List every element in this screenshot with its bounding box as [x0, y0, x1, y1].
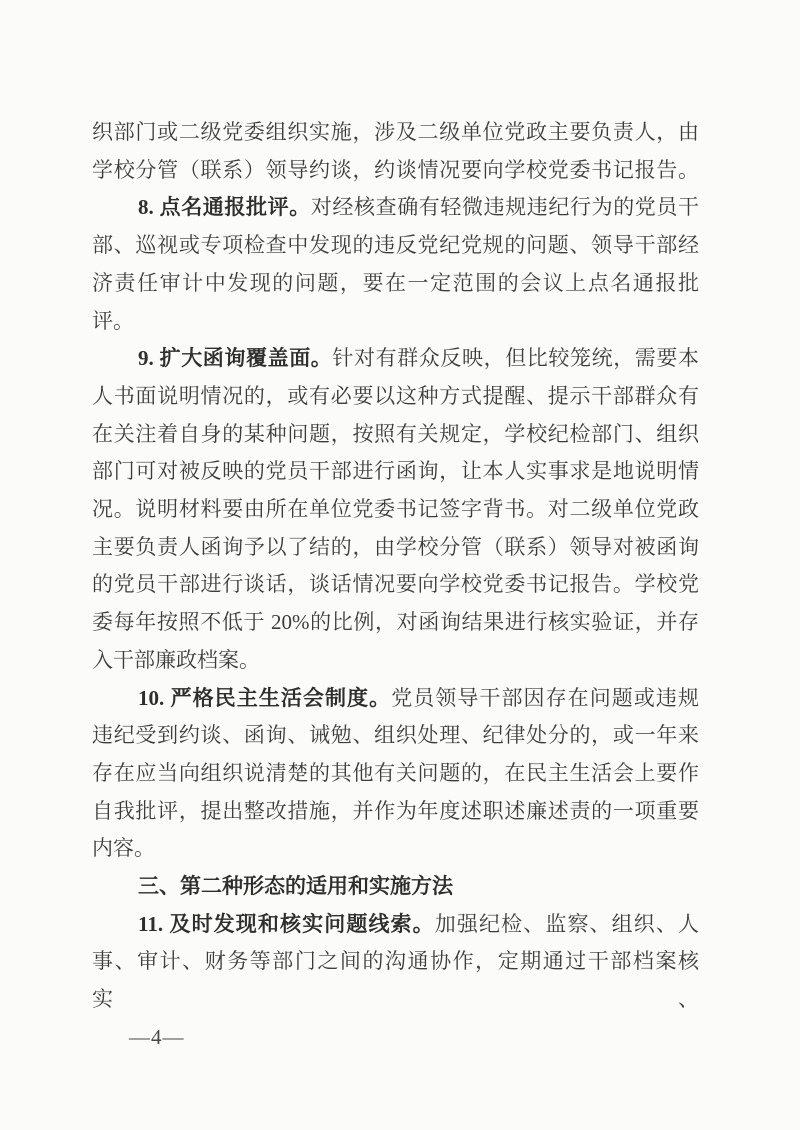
section-heading-text: 三、第二种形态的适用和实施方法 [138, 874, 453, 898]
text-line: 况。说明材料要由所在单位党委书记签字背书。对二级单位党政 [92, 491, 699, 529]
text-line: 10. 严格民主生活会制度。党员领导干部因存在问题或违规 [92, 680, 699, 718]
text-line: 主要负责人函询予以了结的，由学校分管（联系）领导对被函询 [92, 529, 699, 567]
paragraph-item-11: 11. 及时发现和核实问题线索。加强纪检、监察、组织、人事、审计、财务等部门之间… [92, 906, 699, 1019]
text-line: 学校分管（联系）领导约谈，约谈情况要向学校党委书记报告。 [92, 152, 699, 190]
text-line: 在关注着自身的某种问题，按照有关规定，学校纪检部门、组织 [92, 416, 699, 454]
text-line: 8. 点名通报批评。对经核查确有轻微违规违纪行为的党员干 [92, 189, 699, 227]
text-line: 内容。 [92, 830, 699, 868]
paragraph-item-10: 10. 严格民主生活会制度。党员领导干部因存在问题或违规违纪受到约谈、函询、诫勉… [92, 680, 699, 869]
text-line: 违纪受到约谈、函询、诫勉、组织处理、纪律处分的，或一年来 [92, 717, 699, 755]
paragraph-lead-bold: 10. 严格民主生活会制度。 [138, 686, 391, 710]
paragraph-item-9: 9. 扩大函询覆盖面。针对有群众反映，但比较笼统，需要本人书面说明情况的，或有必… [92, 340, 699, 679]
text-line: 的党员干部进行谈话，谈话情况要向学校党委书记报告。学校党 [92, 566, 699, 604]
text-line: 部、巡视或专项检查中发现的违反党纪党规的问题、领导干部经 [92, 227, 699, 265]
text-line: 人书面说明情况的，或有必要以这种方式提醒、提示干部群众有 [92, 378, 699, 416]
paragraph-item-8: 8. 点名通报批评。对经核查确有轻微违规违纪行为的党员干部、巡视或专项检查中发现… [92, 189, 699, 340]
text-line: 9. 扩大函询覆盖面。针对有群众反映，但比较笼统，需要本 [92, 340, 699, 378]
paragraph-7-continuation: 织部门或二级党委组织实施，涉及二级单位党政主要负责人，由学校分管（联系）领导约谈… [92, 114, 699, 189]
text-line: 入干部廉政档案。 [92, 642, 699, 680]
text-line: 自我批评，提出整改措施，并作为年度述职述廉述责的一项重要 [92, 793, 699, 831]
document-page: 织部门或二级党委组织实施，涉及二级单位党政主要负责人，由学校分管（联系）领导约谈… [0, 0, 800, 1130]
text-line: 评。 [92, 303, 699, 341]
text-line: 三、第二种形态的适用和实施方法 [92, 868, 699, 906]
document-body: 织部门或二级党委组织实施，涉及二级单位党政主要负责人，由学校分管（联系）领导约谈… [92, 114, 699, 1019]
page-number: —4— [129, 1022, 185, 1052]
section-heading-3: 三、第二种形态的适用和实施方法 [92, 868, 699, 906]
text-line: 事、审计、财务等部门之间的沟通协作，定期通过干部档案核实、 [92, 943, 699, 1018]
text-line: 部门可对被反映的党员干部进行函询，让本人实事求是地说明情 [92, 453, 699, 491]
paragraph-lead-bold: 11. 及时发现和核实问题线索。 [138, 912, 435, 936]
paragraph-lead-bold: 8. 点名通报批评。 [138, 195, 311, 219]
text-line: 存在应当向组织说清楚的其他有关问题的，在民主生活会上要作 [92, 755, 699, 793]
text-line: 11. 及时发现和核实问题线索。加强纪检、监察、组织、人 [92, 906, 699, 944]
text-line: 织部门或二级党委组织实施，涉及二级单位党政主要负责人，由 [92, 114, 699, 152]
paragraph-lead-bold: 9. 扩大函询覆盖面。 [138, 346, 332, 370]
text-line: 委每年按照不低于 20%的比例，对函询结果进行核实验证，并存 [92, 604, 699, 642]
text-line: 济责任审计中发现的问题，要在一定范围的会议上点名通报批 [92, 265, 699, 303]
